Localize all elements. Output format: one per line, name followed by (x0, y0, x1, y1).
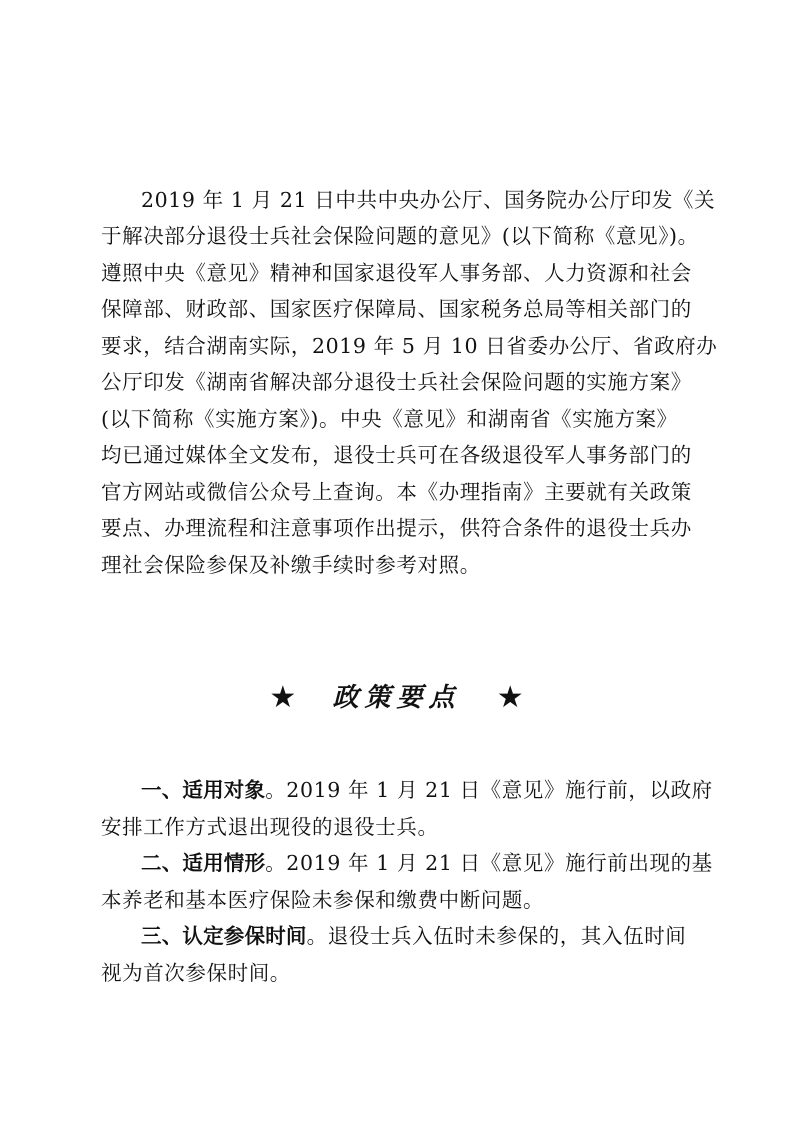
intro-line: 要点、办理流程和注意事项作出提示，供符合条件的退役士兵办 (101, 516, 697, 540)
intro-line: (以下简称《实施方案》)。中央《意见》和湖南省《实施方案》 (101, 407, 697, 431)
point-line: 三、认定参保时间。退役士兵入伍时未参保的，其入伍时间 (141, 924, 697, 948)
point-label: 一、适用对象 (141, 778, 265, 802)
point-label: 二、适用情形 (141, 851, 265, 875)
point-line: 本养老和基本医疗保险未参保和缴费中断问题。 (101, 888, 697, 912)
star-icon: ★ (497, 681, 524, 715)
intro-line: 公厅印发《湖南省解决部分退役士兵社会保险问题的实施方案》 (101, 370, 697, 394)
intro-line: 2019 年 1 月 21 日中共中央办公厅、国务院办公厅印发《关 (141, 188, 697, 212)
point-text: 。2019 年 1 月 21 日《意见》施行前出现的基 (265, 851, 713, 875)
intro-line: 保障部、财政部、国家医疗保障局、国家税务总局等相关部门的 (101, 297, 697, 321)
point-line: 一、适用对象。2019 年 1 月 21 日《意见》施行前，以政府 (141, 778, 697, 802)
intro-line: 于解决部分退役士兵社会保险问题的意见》(以下简称《意见》)。 (101, 224, 697, 248)
intro-line: 官方网站或微信公众号上查询。本《办理指南》主要就有关政策 (101, 480, 697, 504)
point-text: 。2019 年 1 月 21 日《意见》施行前，以政府 (265, 778, 713, 802)
intro-line: 理社会保险参保及补缴手续时参考对照。 (101, 553, 697, 577)
point-label: 三、认定参保时间 (141, 924, 307, 948)
point-text: 。退役士兵入伍时未参保的，其入伍时间 (307, 924, 687, 948)
document-page: 2019 年 1 月 21 日中共中央办公厅、国务院办公厅印发《关 于解决部分退… (0, 0, 793, 1122)
section-heading: ★ 政策要点 ★ (0, 680, 793, 715)
star-icon: ★ (269, 681, 296, 715)
intro-line: 均已通过媒体全文发布，退役士兵可在各级退役军人事务部门的 (101, 443, 697, 467)
section-title: 政策要点 (332, 681, 460, 715)
point-line: 安排工作方式退出现役的退役士兵。 (101, 815, 697, 839)
point-line: 二、适用情形。2019 年 1 月 21 日《意见》施行前出现的基 (141, 851, 697, 875)
intro-line: 遵照中央《意见》精神和国家退役军人事务部、人力资源和社会 (101, 261, 697, 285)
intro-line: 要求，结合湖南实际，2019 年 5 月 10 日省委办公厅、省政府办 (101, 334, 697, 358)
point-line: 视为首次参保时间。 (101, 961, 697, 985)
